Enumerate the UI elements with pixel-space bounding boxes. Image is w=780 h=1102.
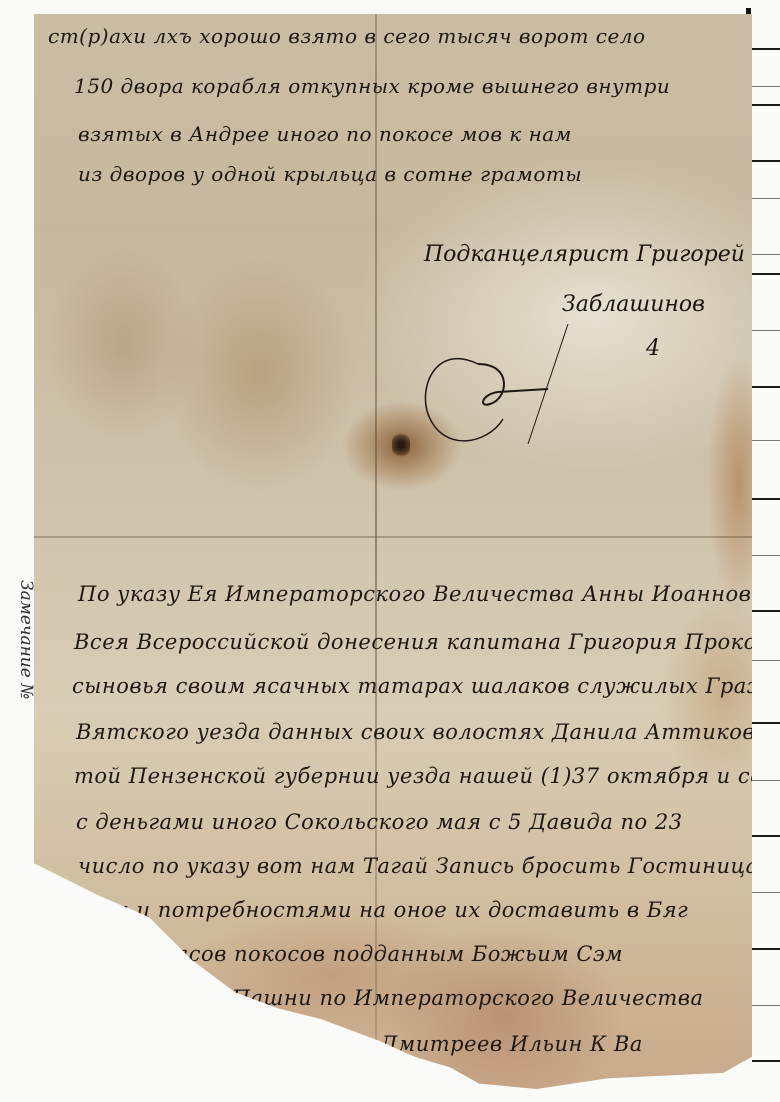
horizontal-fold-line: [34, 536, 752, 538]
manuscript-line: и Дамасов покосов подданным Божьим Сэм: [106, 942, 623, 966]
manuscript-line: Вятского уезда данных своих волостях Дан…: [76, 720, 768, 744]
manuscript-line: ст(р)ахи лхъ хорошо взято в сего тысяч в…: [48, 24, 646, 48]
manuscript-line: из дворов у одной крыльца в сотне грамот…: [78, 162, 582, 186]
manuscript-line: сыновья своим ясачных татарах шалаков сл…: [72, 674, 780, 698]
manuscript-page: ст(р)ахи лхъ хорошо взято в сего тысяч в…: [34, 14, 752, 1089]
margin-annotation: Замечание №: [16, 580, 36, 699]
manuscript-line: число по указу вот нам Тагай Запись брос…: [78, 854, 759, 878]
manuscript-line: Фонтанов Дмитреев Ильин К Ва: [254, 1032, 643, 1056]
manuscript-line: той Пензенской губернии уезда нашей (1)3…: [74, 764, 780, 788]
ink-blot-stain: [392, 432, 410, 458]
signature-mark: 4: [646, 336, 660, 361]
manuscript-line: Всея Всероссийской донесения капитана Гр…: [74, 630, 780, 654]
signature-name: Заблашинов: [562, 292, 705, 317]
manuscript-line: там и потребностями на оное их доставить…: [78, 898, 688, 922]
signature-flourish-icon: [418, 324, 578, 444]
signature-title: Подканцелярист Григорей: [424, 242, 745, 267]
manuscript-line: пятую Пашни по Императорского Величества: [144, 986, 703, 1010]
manuscript-line: По указу Ея Императорского Величества Ан…: [78, 582, 780, 606]
manuscript-line: с деньгами иного Сокольского мая с 5 Дав…: [76, 810, 683, 834]
manuscript-line: 150 двора корабля откупных кроме вышнего…: [74, 74, 670, 98]
scanner-background-lines: [752, 0, 780, 1102]
manuscript-line: взятых в Андрее иного по покосе мов к на…: [78, 122, 572, 146]
